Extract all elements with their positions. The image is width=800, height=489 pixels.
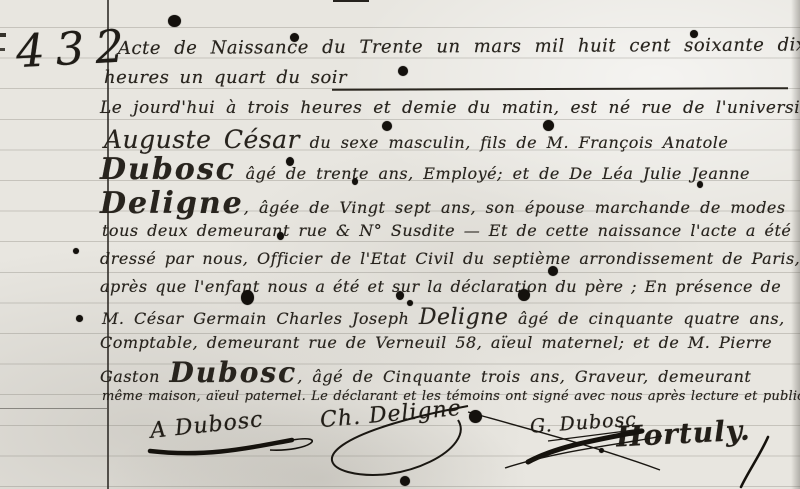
record-line-temoin-1-suite: Comptable, demeurant rue de Verneuil 58,… xyxy=(100,335,772,351)
record-line-prenoms: Auguste César du sexe masculin, fils de … xyxy=(104,127,728,152)
record-line-pere: Dubosc âgé de trente ans, Employé; et de… xyxy=(100,155,750,185)
signature-officer: Hortuly. xyxy=(615,416,751,451)
record-line-heure: heures un quart du soir xyxy=(104,69,347,87)
ink-blot xyxy=(352,178,358,185)
ink-blot xyxy=(382,121,392,131)
ink-blot xyxy=(241,290,254,305)
margin-horizontal-rule xyxy=(0,408,107,409)
record-line-officier: dressé par nous, Officier de l'Etat Civi… xyxy=(100,251,800,267)
ink-blot xyxy=(469,410,482,423)
witness1-surname: Deligne xyxy=(419,305,509,330)
record-line-lieu-naissance: Le jourd'hui à trois heures et demie du … xyxy=(100,100,800,117)
ink-blot xyxy=(76,315,83,322)
record-line-text: du sexe masculin, fils de M. François An… xyxy=(300,133,728,152)
record-line-mere: Deligne, âgée de Vingt sept ans, son épo… xyxy=(100,189,786,219)
record-line-domicile: tous deux demeurant rue & N° Susdite — E… xyxy=(102,223,791,239)
signature-declarant: A Dubosc xyxy=(149,409,264,443)
birth-record-scan: 432 Acte de Naissance du Trente un mars … xyxy=(0,0,800,489)
handwritten-filler-rule xyxy=(332,87,788,91)
ink-blot xyxy=(290,33,299,42)
father-surname: Dubosc xyxy=(100,152,236,187)
record-line-text: âgé de trente ans, Employé; et de De Léa… xyxy=(236,164,750,183)
ink-blot xyxy=(400,476,410,486)
record-line-text: M. César Germain Charles Joseph xyxy=(102,309,419,328)
child-given-names: Auguste César xyxy=(104,125,300,154)
record-line-temoin-1: M. César Germain Charles Joseph Deligne … xyxy=(102,307,785,329)
record-line-declaration: après que l'enfant nous a été et sur la … xyxy=(100,279,781,295)
scan-artifact xyxy=(0,33,6,37)
ink-blot xyxy=(697,181,703,188)
scan-edge-shadow xyxy=(791,0,800,489)
ink-blot xyxy=(543,120,554,131)
record-line-acte-de-naissance: Acte de Naissance du Trente un mars mil … xyxy=(118,36,800,58)
mother-surname: Deligne xyxy=(100,186,244,221)
ink-blot xyxy=(168,15,181,27)
scan-artifact xyxy=(333,0,369,2)
ink-blot xyxy=(407,300,413,306)
ink-blot xyxy=(548,266,558,276)
ink-blot xyxy=(690,30,698,38)
ink-blot xyxy=(73,248,79,254)
ink-blot xyxy=(599,448,604,453)
record-line-text: , âgé de Cinquante trois ans, Graveur, d… xyxy=(297,367,751,386)
ink-blot xyxy=(277,232,284,240)
witness2-surname: Dubosc xyxy=(169,356,297,389)
record-line-text: âgé de cinquante quatre ans, xyxy=(508,309,784,328)
ink-blot xyxy=(396,291,404,300)
record-line-text: , âgée de Vingt sept ans, son épouse mar… xyxy=(244,198,786,217)
ink-blot xyxy=(286,157,294,166)
record-line-text: Gaston xyxy=(100,367,169,386)
record-line-temoin-2: Gaston Dubosc, âgé de Cinquante trois an… xyxy=(100,359,751,387)
ink-blot xyxy=(398,66,408,76)
scan-artifact xyxy=(0,48,5,51)
ink-blot xyxy=(518,289,530,301)
